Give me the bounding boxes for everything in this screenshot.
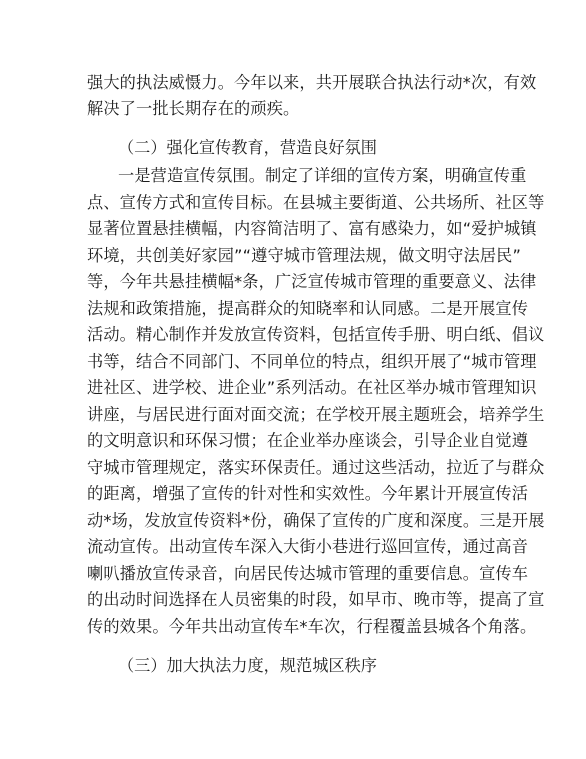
paragraph-line: 点、宣传方式和宣传目标。在县城主要街道、公共场所、社区等 bbox=[87, 191, 497, 215]
paragraph-line: 进社区、进学校、进企业”系列活动。在社区举办城市管理知识 bbox=[87, 376, 497, 400]
paragraph-line: 书等，结合不同部门、不同单位的特点，组织开展了“城市管理 bbox=[87, 350, 497, 374]
paragraph-line: 等，今年共悬挂横幅*条，广泛宣传城市管理的重要意义、法律 bbox=[87, 270, 497, 294]
paragraph-line: 讲座，与居民进行面对面交流；在学校开展主题班会，培养学生 bbox=[87, 403, 497, 427]
paragraph-line: 守城市管理规定，落实环保责任。通过这些活动，拉近了与群众 bbox=[87, 456, 497, 480]
section-heading-2: （二）强化宣传教育，营造良好氛围 bbox=[118, 136, 377, 160]
paragraph-line: 显著位置悬挂横幅，内容简洁明了、富有感染力，如“爱护城镇 bbox=[87, 217, 497, 241]
paragraph-line: 活动。精心制作并发放宣传资料，包括宣传手册、明白纸、倡议 bbox=[87, 323, 497, 347]
paragraph-line: 的文明意识和环保习惯；在企业举办座谈会，引导企业自觉遵 bbox=[87, 429, 497, 453]
paragraph-line: 的距离，增强了宣传的针对性和实效性。今年累计开展宣传活 bbox=[87, 482, 497, 506]
paragraph-line: 传的效果。今年共出动宣传车*车次，行程覆盖县城各个角落。 bbox=[87, 615, 497, 639]
document-page: 强大的执法威慑力。今年以来，共开展联合执法行动*次，有效 解决了一批长期存在的顽… bbox=[0, 0, 586, 759]
paragraph-line: 强大的执法威慑力。今年以来，共开展联合执法行动*次，有效 bbox=[87, 71, 497, 95]
paragraph-line: 喇叭播放宣传录音，向居民传达城市管理的重要信息。宣传车 bbox=[87, 562, 497, 586]
paragraph-line: 法规和政策措施，提高群众的知晓率和认同感。二是开展宣传 bbox=[87, 297, 497, 321]
section-heading-3: （三）加大执法力度，规范城区秩序 bbox=[118, 654, 377, 678]
paragraph-line: 动*场，发放宣传资料*份，确保了宣传的广度和深度。三是开展 bbox=[87, 509, 497, 533]
paragraph-line: 一是营造宣传氛围。制定了详细的宣传方案，明确宣传重 bbox=[118, 164, 528, 188]
paragraph-line: 流动宣传。出动宣传车深入大街小巷进行巡回宣传，通过高音 bbox=[87, 535, 497, 559]
paragraph-line: 解决了一批长期存在的顽疾。 bbox=[87, 97, 497, 121]
paragraph-line: 环境，共创美好家园”“遵守城市管理法规，做文明守法居民” bbox=[87, 244, 497, 268]
paragraph-line: 的出动时间选择在人员密集的时段，如早市、晚市等，提高了宣 bbox=[87, 588, 497, 612]
